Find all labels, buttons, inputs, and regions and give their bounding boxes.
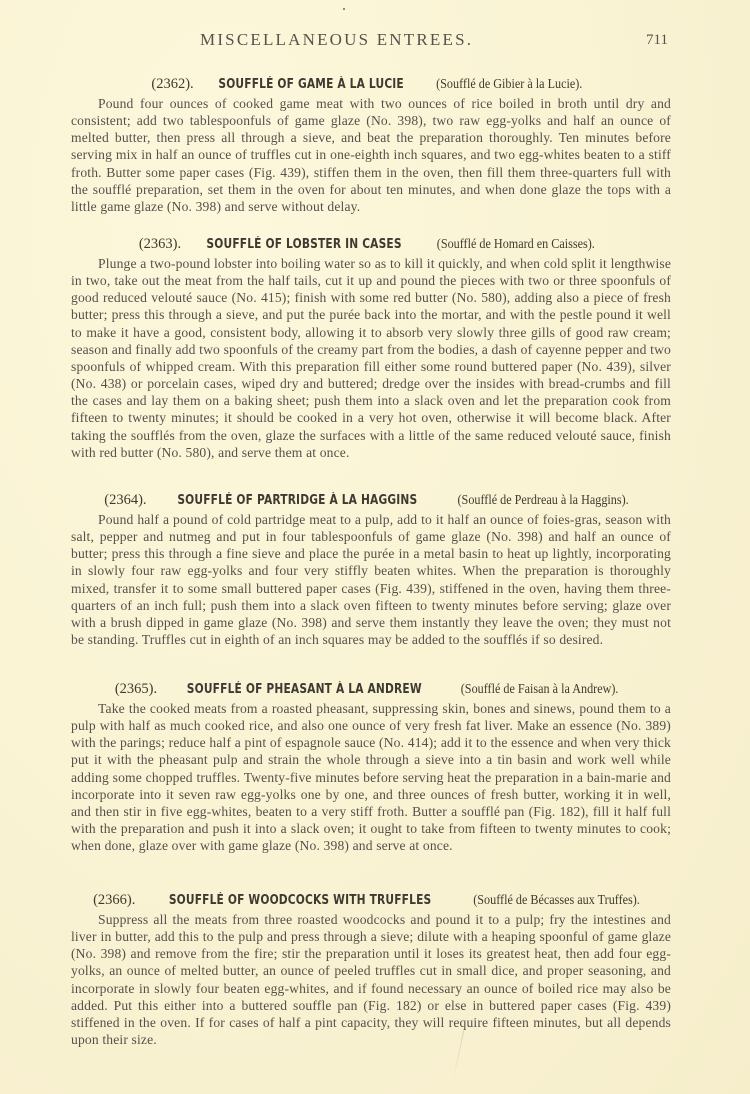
recipe-name: SOUFFLÉ OF PARTRIDGE À LA HAGGINS	[177, 493, 417, 509]
recipe-name: SOUFFLÉ OF LOBSTER IN CASES	[207, 237, 402, 253]
recipe-title: (2365). SOUFFLÉ OF PHEASANT À LA ANDREW …	[71, 681, 671, 698]
recipe-french-name: (Soufflé de Faisan à la Andrew).	[461, 681, 619, 697]
recipe-title: (2366). SOUFFLÉ OF WOODCOCKS WITH TRUFFL…	[71, 892, 671, 909]
recipe-body: Suppress all the meats from three roaste…	[71, 911, 671, 1048]
recipe-number: (2362).	[151, 76, 193, 92]
recipe-name: SOUFFLÉ OF PHEASANT À LA ANDREW	[187, 682, 422, 698]
recipe-name: SOUFFLÉ OF WOODCOCKS WITH TRUFFLES	[168, 893, 431, 909]
recipe-2363: (2363). SOUFFLÉ OF LOBSTER IN CASES (Sou…	[71, 236, 671, 461]
recipe-body: Plunge a two-pound lobster into boiling …	[71, 255, 671, 461]
recipe-title: (2363). SOUFFLÉ OF LOBSTER IN CASES (Sou…	[71, 236, 671, 253]
recipe-french-name: (Soufflé de Perdreau à la Haggins).	[457, 492, 628, 508]
recipe-number: (2365).	[115, 681, 157, 697]
recipe-2362: (2362). SOUFFLÉ OF GAME À LA LUCIE (Souf…	[71, 76, 671, 215]
recipe-number: (2366).	[93, 892, 135, 908]
recipe-body: Pound four ounces of cooked game meat wi…	[71, 95, 671, 215]
recipe-2365: (2365). SOUFFLÉ OF PHEASANT À LA ANDREW …	[71, 681, 671, 854]
printer-mark	[343, 8, 345, 10]
recipe-name: SOUFFLÉ OF GAME À LA LUCIE	[218, 77, 404, 93]
running-head: MISCELLANEOUS ENTREES. 711	[0, 30, 750, 54]
recipe-2364: (2364). SOUFFLÉ OF PARTRIDGE À LA HAGGIN…	[71, 492, 671, 648]
recipe-french-name: (Soufflé de Bécasses aux Truffes).	[473, 892, 640, 908]
recipe-french-name: (Soufflé de Gibier à la Lucie).	[436, 76, 582, 92]
book-page: MISCELLANEOUS ENTREES. 711 (2362). SOUFF…	[0, 0, 750, 1094]
recipe-2366: (2366). SOUFFLÉ OF WOODCOCKS WITH TRUFFL…	[71, 892, 671, 1048]
recipe-body: Pound half a pound of cold partridge mea…	[71, 511, 671, 648]
recipe-title: (2364). SOUFFLÉ OF PARTRIDGE À LA HAGGIN…	[71, 492, 671, 509]
page-number: 711	[646, 32, 668, 49]
recipe-body: Take the cooked meats from a roasted phe…	[71, 700, 671, 854]
recipe-number: (2364).	[104, 492, 146, 508]
recipe-title: (2362). SOUFFLÉ OF GAME À LA LUCIE (Souf…	[71, 76, 671, 93]
recipe-number: (2363).	[139, 236, 181, 252]
running-title: MISCELLANEOUS ENTREES.	[200, 30, 473, 50]
recipe-french-name: (Soufflé de Homard en Caisses).	[436, 236, 594, 252]
